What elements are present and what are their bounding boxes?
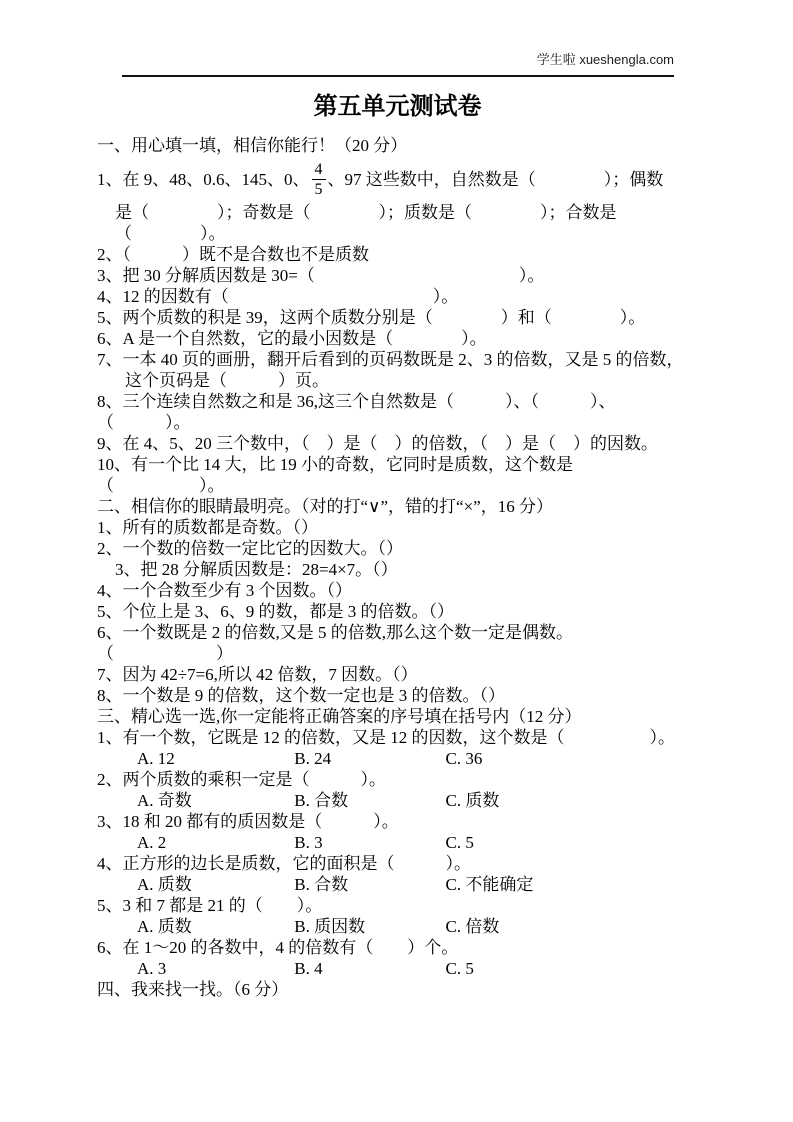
s3-q4: 4、正方形的边长是质数，它的面积是（ ）。 xyxy=(97,853,698,874)
section-3-heading: 三、精心选一选,你一定能将正确答案的序号填在括号内（12 分） xyxy=(97,706,698,727)
choice-a: A. 质数 xyxy=(137,874,290,895)
choice-a: A. 2 xyxy=(137,832,290,853)
choice-b: B. 合数 xyxy=(294,790,441,811)
choice-a: A. 12 xyxy=(137,748,290,769)
s3-q3-choices: A. 2 B. 3 C. 5 xyxy=(97,832,698,853)
s3-q4-choices: A. 质数 B. 合数 C. 不能确定 xyxy=(97,874,698,895)
s2-q6: 6、一个数既是 2 的倍数,又是 5 的倍数,那么这个数一定是偶数。 （ ） xyxy=(97,622,698,664)
section-2-heading: 二、相信你的眼睛最明亮。（对的打“∨”，错的打“×”，16 分） xyxy=(97,496,698,517)
fraction-four-fifths: 4 5 xyxy=(312,160,326,199)
s3-q2-choices: A. 奇数 B. 合数 C. 质数 xyxy=(97,790,698,811)
choice-b: B. 合数 xyxy=(294,874,441,895)
s3-q2: 2、两个质数的乘积一定是（ ）。 xyxy=(97,769,698,790)
section-1-heading: 一、用心填一填，相信你能行！（20 分） xyxy=(97,135,698,156)
s3-q3: 3、18 和 20 都有的质因数是（ ）。 xyxy=(97,811,698,832)
s1-q6: 6、A 是一个自然数，它的最小因数是（ ）。 xyxy=(97,328,698,349)
choice-c: C. 5 xyxy=(446,833,474,852)
choice-c: C. 质数 xyxy=(446,791,500,810)
s1-q8: 8、三个连续自然数之和是 36,这三个自然数是（ ）、（ ）、（ ）。 xyxy=(97,391,698,433)
document-page: 学生啦 xueshengla.com 第五单元测试卷 一、用心填一填，相信你能行… xyxy=(0,0,793,1122)
s3-q5-choices: A. 质数 B. 质因数 C. 倍数 xyxy=(97,916,698,937)
s1-q5: 5、两个质数的积是 39，这两个质数分别是（ ）和（ ）。 xyxy=(97,307,698,328)
s3-q6: 6、在 1～20 的各数中，4 的倍数有（ ）个。 xyxy=(97,937,698,958)
s3-q1: 1、有一个数，它既是 12 的倍数，又是 12 的因数，这个数是（ ）。 xyxy=(97,727,698,748)
s1-q7-line2: 这个页码是（ ）页。 xyxy=(97,370,698,391)
choice-c: C. 不能确定 xyxy=(446,875,534,894)
s2-q8: 8、一个数是 9 的倍数，这个数一定也是 3 的倍数。（） xyxy=(97,685,698,706)
s1-q1-line2: 是（ ）；奇数是（ ）；质数是（ ）；合数是 xyxy=(97,202,698,223)
s2-q7: 7、因为 42÷7=6,所以 42 倍数，7 因数。（） xyxy=(97,664,698,685)
choice-b: B. 24 xyxy=(294,748,441,769)
choice-c: C. 5 xyxy=(446,959,474,978)
choice-a: A. 3 xyxy=(137,958,290,979)
site-label: 学生啦 xueshengla.com xyxy=(537,52,674,67)
s1-q3: 3、把 30 分解质因数是 30=（ ）。 xyxy=(97,265,698,286)
s3-q6-choices: A. 3 B. 4 C. 5 xyxy=(97,958,698,979)
s1-q1-pre: 1、在 9、48、0.6、145、0、 xyxy=(97,169,310,190)
s2-q1: 1、所有的质数都是奇数。（） xyxy=(97,517,698,538)
s1-q1-line1: 1、在 9、48、0.6、145、0、 4 5 、97 这些数中，自然数是（ ）… xyxy=(97,156,698,202)
choice-b: B. 质因数 xyxy=(294,916,441,937)
choice-c: C. 倍数 xyxy=(446,917,500,936)
s2-q3: 3、把 28 分解质因数是：28=4×7。（） xyxy=(97,559,698,580)
document-body: 第五单元测试卷 一、用心填一填，相信你能行！（20 分） 1、在 9、48、0.… xyxy=(97,92,698,1000)
page-header: 学生啦 xueshengla.com xyxy=(122,50,674,77)
choice-b: B. 4 xyxy=(294,958,441,979)
choice-a: A. 奇数 xyxy=(137,790,290,811)
s2-q4: 4、一个合数至少有 3 个因数。（） xyxy=(97,580,698,601)
fraction-numerator: 4 xyxy=(312,160,326,180)
s1-q10: 10、有一个比 14 大，比 19 小的奇数，它同时是质数，这个数是（ ）。 xyxy=(97,454,698,496)
s1-q1-line3: （ ）。 xyxy=(97,223,698,244)
page-title: 第五单元测试卷 xyxy=(97,92,698,122)
s2-q5: 5、个位上是 3、6、9 的数，都是 3 的倍数。（） xyxy=(97,601,698,622)
s1-q2: 2、（ ）既不是合数也不是质数 xyxy=(97,244,698,265)
choice-a: A. 质数 xyxy=(137,916,290,937)
s2-q2: 2、一个数的倍数一定比它的因数大。（） xyxy=(97,538,698,559)
s3-q1-choices: A. 12 B. 24 C. 36 xyxy=(97,748,698,769)
choice-b: B. 3 xyxy=(294,832,441,853)
s1-q7-line1: 7、一本 40 页的画册，翻开后看到的页码数既是 2、3 的倍数，又是 5 的倍… xyxy=(97,349,698,370)
fraction-denominator: 5 xyxy=(312,180,326,199)
s1-q9: 9、在 4、5、20 三个数中，（ ）是（ ）的倍数，（ ）是（ ）的因数。 xyxy=(97,433,698,454)
s1-q1-post: 、97 这些数中，自然数是（ ）；偶数 xyxy=(328,169,664,190)
section-4-heading: 四、我来找一找。（6 分） xyxy=(97,979,698,1000)
choice-c: C. 36 xyxy=(446,749,483,768)
s3-q5: 5、3 和 7 都是 21 的（ ）。 xyxy=(97,895,698,916)
s1-q4: 4、12 的因数有（ ）。 xyxy=(97,286,698,307)
